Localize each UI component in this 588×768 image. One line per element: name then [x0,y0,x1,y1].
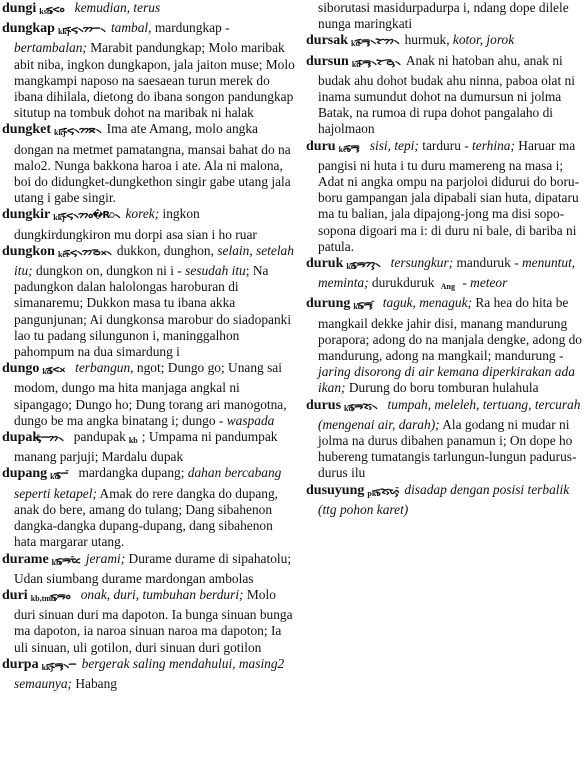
batak-script-glyph: ᯑᯮᯝ᯲ᯂᯪ�R᯲ [71,208,120,224]
definition-text: terbangun, [75,360,133,375]
dictionary-entry: dungkonketᯑᯮᯝ᯲ᯂᯬᯉ᯲dukkon, dunghon, selai… [2,243,298,360]
definition-text: meteor [470,275,507,290]
batak-script-glyph: ᯑᯮᯒᯪ [61,589,74,605]
entry-headword: dursak [306,33,348,48]
definition-text: kotor, jorok [453,32,514,47]
example-text: Habang [72,676,117,691]
definition-text: tersungkur; [391,255,453,270]
dictionary-entry: dungiksbᯑᯮᯝᯪkemudian, terus [2,0,298,20]
entry-headword: dungkon [2,244,55,259]
example-text: Durung do boru tomburan hulahula [346,380,539,395]
dictionary-entry: dupangkdᯑᯮᯇᯰmardangka dupang; dahan berc… [2,465,298,550]
batak-script-glyph: ᯑᯮᯒ᯲ᯘᯂ᯲ [366,34,399,50]
dictionary-entry: dungkirkkjᯑᯮᯝ᯲ᯂᯪ�R᯲korek; ingkon dungkir… [2,206,298,242]
batak-script-glyph: ᯑᯮᯘᯮᯛᯮᯰ [385,484,398,500]
entry-headword: durpa [2,657,39,672]
definition-text: waspada [227,413,275,428]
batak-script-glyph: ᯑᯮᯒᯮᯰ [368,297,377,313]
definition-text: terhina; [472,138,515,153]
definition-text: tambal, [111,20,152,35]
entry-headword: duru [306,139,336,154]
left-column: dungiksbᯑᯮᯝᯪkemudian, terusdungkapkkjᯑᯮᯝ… [2,0,298,692]
batak-script-glyph: ᯑᯮᯇᯂ᯲ [46,431,68,447]
word-class-abbr: Ang [441,282,455,291]
batak-script-glyph: ᯑᯮᯝᯬ [57,362,69,378]
definition-text: jerami; [86,551,125,566]
entry-headword: dupang [2,466,47,481]
batak-script-glyph: ᯑᯮᯒᯮᯘ᯲ [359,399,382,415]
dictionary-entry: duruketᯑᯮᯒᯮsisi, tepi; tarduru - terhina… [306,138,588,255]
batak-script-glyph: ᯑᯮᯝ᯲ᯂᯖ᯲ [72,123,101,139]
batak-script-glyph: ᯑᯮᯝᯪ [57,2,68,18]
definition-text: onak, duri, tumbuhan berduri; [81,587,244,602]
batak-script-glyph: ᯑᯮᯒ᯲ᯘᯮᯉ᯲ [367,55,400,71]
example-text: mardangka dupang; [78,465,187,480]
word-class-abbr: kb [129,436,138,445]
batak-script-glyph: ᯑᯮᯇᯰ [65,467,72,483]
entry-headword: dusuyung [306,483,364,498]
example-text: manduruk - [453,255,522,270]
definition-text: sisi, tepi; [370,138,419,153]
dictionary-entry: dungkapkkjᯑᯮᯝ᯲ᯂᯇ᯲tambal, mardungkap - be… [2,20,298,121]
entry-headword: dungkir [2,207,50,222]
entry-headword: durus [306,398,341,413]
entry-headword: dursun [306,54,349,69]
example-text: - [459,275,470,290]
entry-headword: dungkap [2,21,55,36]
dictionary-entry: dupak ᯑᯮᯇᯂ᯲pandupakkb; Umpama ni pandump… [2,429,298,465]
example-text: dukkon, dunghon, [117,243,217,258]
definition-text: bertambalan; [14,40,87,55]
entry-headword: durame [2,552,49,567]
dictionary-entry: duruskdᯑᯮᯒᯮᯘ᯲tumpah, meleleh, tertuang, … [306,397,588,482]
dictionary-entry: dursakkdᯑᯮᯒ᯲ᯘᯂ᯲hurmuk, kotor, jorok [306,32,588,52]
dictionary-entry: durikb,tmbᯑᯮᯒᯪonak, duri, tumbuhan berdu… [2,587,298,656]
definition-text: sesudah itu [185,263,246,278]
definition-text: taguk, menaguk; [383,295,472,310]
entry-headword: dungket [2,122,51,137]
entry-headword: dungo [2,361,39,376]
entry-headword: dungi [2,1,36,16]
entry-headword: duri [2,588,28,603]
example-text: dungkon on, dungkon ni i - [33,263,186,278]
definition-text: korek; [125,206,159,221]
right-column: siborutasi masidurpadurpa i, ndang dope … [306,0,588,518]
example-text: pandupak [74,429,126,444]
entry-headword: durung [306,296,350,311]
batak-script-glyph: ᯑᯮᯒ᯲ᯇ [59,658,76,674]
example-text: durukduruk [369,275,438,290]
example-text: hurmuk, [405,32,453,47]
continued-text: siborutasi masidurpadurpa i, ndang dope … [306,0,588,32]
dictionary-entry: dungokdᯑᯮᯝᯬterbangun, ngot; Dungo go; Un… [2,360,298,429]
batak-script-glyph: ᯑᯮᯝ᯲ᯂᯬᯉ᯲ [75,245,111,261]
definition-text: kemudian, terus [75,0,161,15]
batak-script-glyph: ᯑᯮᯒᯮ [355,140,364,156]
dictionary-entry: duramekbᯑᯮᯒᯔᯩjerami; Durame durame di si… [2,551,298,587]
dictionary-entry: dusuyungpktᯑᯮᯘᯮᯛᯮᯰdisadap dengan posisi … [306,482,588,518]
batak-script-glyph: ᯑᯮᯒᯮᯂ᯲ [361,257,384,273]
dictionary-entry: durukkdᯑᯮᯒᯮᯂ᯲tersungkur; manduruk - menu… [306,255,588,295]
example-text: mardungkap - [152,20,230,35]
batak-script-glyph: ᯑᯮᯝ᯲ᯂᯇ᯲ [76,22,105,38]
entry-headword: duruk [306,256,343,271]
dictionary-entry: durpakkjᯑᯮᯒ᯲ᯇbergerak saling mendahului,… [2,656,298,692]
dictionary-entry: durungkbᯑᯮᯒᯮᯰtaguk, menaguk; Ra hea do h… [306,295,588,396]
dictionary-entry: dungketkkjᯑᯮᯝ᯲ᯂᯖ᯲Ima ate Amang, molo ang… [2,121,298,206]
dictionary-entry: dursunkdᯑᯮᯒ᯲ᯘᯮᯉ᯲Anak ni hatoban ahu, ana… [306,53,588,138]
batak-script-glyph: ᯑᯮᯒᯔᯩ [67,553,80,569]
example-text: tarduru - [419,138,472,153]
